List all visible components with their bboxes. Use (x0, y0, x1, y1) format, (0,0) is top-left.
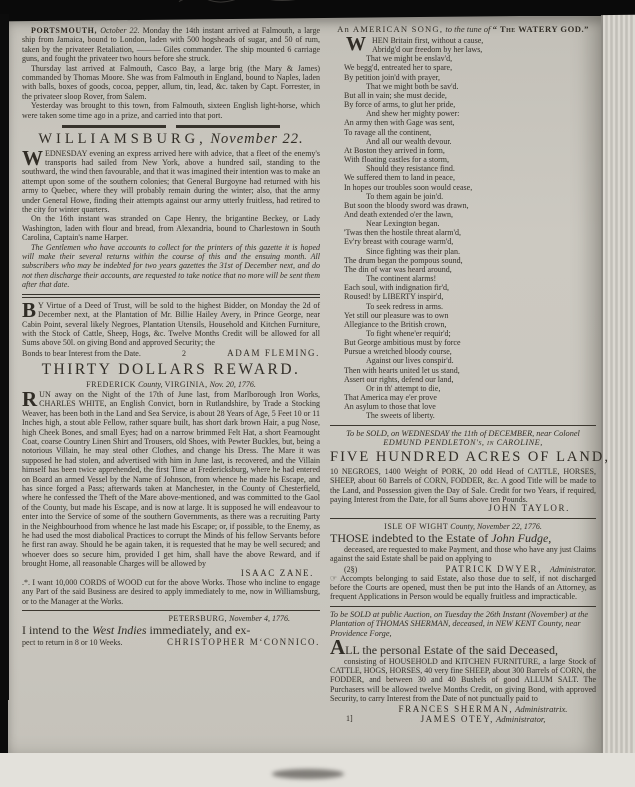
drop-cap-b: B (22, 301, 38, 319)
reward-dateline: FREDERICK County, VIRGINIA, Nov. 20, 177… (22, 380, 320, 389)
drop-cap-a: A (330, 635, 345, 659)
song-line: At Boston they arrived in form, (344, 146, 596, 155)
handwriting-mark (174, 0, 474, 8)
portsmouth-paragraph-3: Yesterday was brought to this town, from… (22, 101, 320, 120)
petersburg-line-2: pect to return in 8 or 10 Weeks.CHRISTOP… (22, 638, 320, 647)
portsmouth-paragraph-2: Thursday last arrived at Falmouth, Casco… (22, 64, 320, 102)
song-line: The din of war was heard around, (344, 265, 596, 274)
signature-john-taylor-row: JOHN TAYLOR. (330, 504, 596, 513)
left-column: PORTSMOUTH, October 22. Monday the 14th … (22, 26, 320, 648)
song-poem: W HEN Britain first, without a cause,Abr… (330, 36, 596, 421)
song-line: That America may e'er prove (344, 393, 596, 402)
song-line: And shew her mighty power: (366, 109, 596, 118)
song-line: Allegiance to the British crown, (344, 320, 596, 329)
williamsburg-news: WILLIAMSBURG, November 22. WEDNESDAY eve… (22, 131, 320, 290)
signature-frances-sherman-row: FRANCES SHERMAN, Administratrix. (370, 705, 596, 714)
signature-patrick-dwyer: PATRICK DWYER, (445, 564, 542, 574)
asterism-mark: .*. (22, 578, 30, 587)
song-line: But George ambitious must by force (344, 338, 596, 347)
fudge-body: deceased, are requested to make Payment,… (330, 545, 596, 564)
song-line: We begg'd, entreated her to spare, (344, 63, 596, 72)
song-line: Ev'ry breast with courage warm'd, (344, 237, 596, 246)
song-line: To ravage all the continent, (344, 128, 596, 137)
song-line: Or in th' attempt to die, (366, 384, 596, 393)
song-line: Then with hearts united let us stand, (344, 366, 596, 375)
portsmouth-dateline-place: PORTSMOUTH, (31, 26, 97, 35)
book-page-edges (601, 14, 635, 762)
signature-isaac-zane-row: ISAAC ZANE. (22, 569, 320, 578)
signature-mcconnico: CHRISTOPHER M‘CONNICO. (167, 638, 320, 647)
column-rule (330, 518, 596, 519)
song-line: To fight whene'er requir'd; (366, 329, 596, 338)
song-line: An asylum to those that love (344, 402, 596, 411)
reward-ad: THIRTY DOLLARS REWARD. FREDERICK County,… (22, 361, 320, 606)
american-song: An AMERICAN SONG, to the tune of “ The W… (330, 24, 596, 421)
reward-heading: THIRTY DOLLARS REWARD. (22, 361, 320, 379)
right-column: An AMERICAN SONG, to the tune of “ The W… (330, 24, 596, 725)
petersburg-dateline: PETERSBURG, November 4, 1776. (22, 614, 320, 623)
song-line: Should they resistance find. (366, 164, 596, 173)
sherman-signatures: 1] FRANCES SHERMAN, Administratrix. JAME… (330, 705, 596, 725)
song-line: To them again be join'd. (366, 192, 596, 201)
sherman-header: To be SOLD at public Auction, on Tuesday… (330, 610, 596, 639)
trust-sale-signature-row: Bonds to bear Interest from the Date.2AD… (22, 348, 320, 358)
column-rule (330, 606, 596, 607)
song-heading: An AMERICAN SONG, to the tune of “ The W… (330, 24, 596, 34)
manicule-icon: ☞ (330, 574, 337, 583)
song-line: But all in vain; she must decide, (344, 91, 596, 100)
petersburg-notice: PETERSBURG, November 4, 1776. I intend t… (22, 614, 320, 647)
collation-mark: 1] (346, 714, 353, 723)
song-line: 'Twas then the hostile threat alarm'd, (344, 228, 596, 237)
signature-john-taylor: JOHN TAYLOR. (489, 503, 571, 513)
signature-isaac-zane: ISAAC ZANE. (241, 568, 314, 578)
fudge-estate-notice: ISLE OF WIGHT County, November 22, 1776.… (330, 522, 596, 602)
drop-cap-w-song: W (346, 36, 366, 53)
song-line: HEN Britain first, without a cause, (372, 36, 596, 45)
trust-sale-body: BY Virtue of a Deed of Trust, will be so… (22, 301, 320, 348)
collation-mark: (2§) (330, 565, 357, 574)
song-lines: HEN Britain first, without a cause,Abrid… (330, 36, 596, 421)
fudge-attorney-note: ☞ Accompts belonging to said Estate, als… (330, 574, 596, 602)
williamsburg-heading: WILLIAMSBURG, November 22. (22, 131, 320, 148)
fudge-big-line: THOSE indebted to the Estate of John Fud… (330, 532, 596, 545)
williamsburg-paragraph-1: WEDNESDAY evening an express arrived her… (22, 149, 320, 215)
land-sale-ad: To be SOLD, on WEDNESDAY the 11th of DEC… (330, 429, 596, 514)
song-line: With floating castles for a storm, (344, 155, 596, 164)
drop-cap-w: W (22, 149, 45, 167)
west-indies-line: I intend to the West Indies immediately,… (22, 624, 320, 637)
collation-mark: 2 (182, 349, 186, 358)
song-line: An army then with Gage was sent, (344, 118, 596, 127)
double-rule (22, 294, 320, 298)
fudge-dateline: ISLE OF WIGHT County, November 22, 1776. (330, 522, 596, 531)
portsmouth-news: PORTSMOUTH, October 22. Monday the 14th … (22, 26, 320, 120)
signature-adam-fleming: ADAM FLEMING. (227, 348, 320, 358)
scan-left-border (0, 14, 9, 700)
signature-james-otey-row: JAMES OTEY, Administrator, (370, 715, 596, 724)
ink-smudge (272, 769, 344, 779)
song-line: The sweets of liberty. (366, 411, 596, 420)
song-line: Pursue a wretched bloody course, (344, 347, 596, 356)
printers-notice: The Gentlemen who have accounts to colle… (22, 243, 320, 290)
song-line: To seek redress in arms. (366, 302, 596, 311)
song-line: Assert our rights, defend our land, (344, 375, 596, 384)
song-line: And death extended o'er the lawn, (344, 210, 596, 219)
drop-cap-r: R (22, 390, 39, 408)
song-line: Yet still our pleasure was to own (344, 311, 596, 320)
williamsburg-paragraph-2: On the 16th instant was stranded on Cape… (22, 214, 320, 242)
song-line: In hopes our troubles soon would cease, (344, 183, 596, 192)
song-line: Against our lives conspir'd. (366, 356, 596, 365)
portsmouth-dateline-date: October 22. (100, 26, 139, 35)
song-line: Roused! by LIBERTY inspir'd, (344, 292, 596, 301)
land-sale-heading: FIVE HUNDRED ACRES OF LAND, (330, 449, 596, 466)
deed-of-trust-ad: BY Virtue of a Deed of Trust, will be so… (22, 301, 320, 358)
song-line: The drum began the pompous sound, (344, 256, 596, 265)
song-line: Near Lexington began. (366, 219, 596, 228)
fudge-signature-row: (2§)PATRICK DWYER,Administrator. (330, 564, 596, 574)
land-sale-body: 10 NEGROES, 1400 Weight of PORK, 20 odd … (330, 467, 596, 505)
song-line: But soon the bloody sword was drawn, (344, 201, 596, 210)
column-rule (22, 610, 320, 611)
song-line: By force of arms, to glut her pride, (344, 100, 596, 109)
song-line: The continent alarms! (366, 274, 596, 283)
wood-wanted-note: .*. I want 10,000 CORDS of WOOD cut for … (22, 578, 320, 606)
column-rule (330, 425, 596, 426)
sherman-big-line: ALL the personal Estate of the said Dece… (330, 640, 596, 657)
song-line: We suffered them to land in peace, (344, 173, 596, 182)
song-line: By petition join'd with prayer, (344, 73, 596, 82)
song-line: Abridg'd our freedom by her laws, (372, 45, 596, 54)
newspaper-scan: 4 PORTSMOUTH, October 22. Monday the 14t… (0, 0, 635, 787)
land-sale-header: To be SOLD, on WEDNESDAY the 11th of DEC… (330, 429, 596, 448)
song-line: That we might both be sav'd. (366, 82, 596, 91)
song-line: Since fighting was their plan. (366, 247, 596, 256)
portsmouth-paragraph-1: PORTSMOUTH, October 22. Monday the 14th … (22, 26, 320, 64)
sherman-body: consisting of HOUSEHOLD and KITCHEN FURN… (330, 657, 596, 704)
song-line: And all our wealth devour. (366, 137, 596, 146)
section-divider (22, 125, 320, 128)
reward-body: RUN away on the Night of the 17th of Jun… (22, 390, 320, 569)
sherman-auction-ad: To be SOLD at public Auction, on Tuesday… (330, 610, 596, 725)
song-line: That we might be enslav'd, (366, 54, 596, 63)
song-line: Each soul, with indignation fir'd, (344, 283, 596, 292)
